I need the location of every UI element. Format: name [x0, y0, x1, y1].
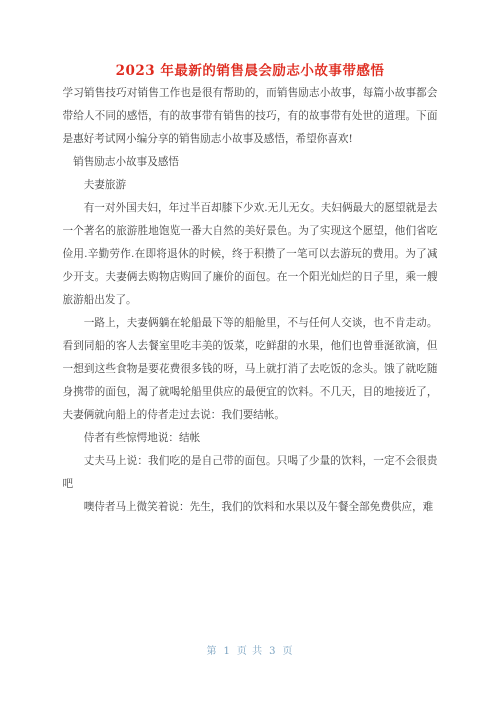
footer-label-ye: 页 [282, 646, 293, 657]
story-paragraph: 一路上，夫妻俩躺在轮船最下等的船舱里，不与任何人交谈，也不肯走动。看到同船的客人… [63, 312, 438, 427]
story-paragraph: 有一对外国夫妇，年过半百却膝下少欢.无儿无女。夫妇俩最大的愿望就是去一个著名的旅… [63, 197, 438, 312]
footer-label-ye-gong: 页 共 [237, 646, 263, 657]
dialog-husband-line: 丈夫马上说：我们吃的是自己带的面包。只喝了少量的饮料，一定不会很贵吧 [63, 450, 438, 496]
document-body: 学习销售技巧对销售工作也是很有帮助的，而销售励志小故事，每篇小故事都会带给人不同… [63, 82, 438, 519]
section-heading: 销售励志小故事及感悟 [63, 151, 438, 174]
page-title: 2023 年最新的销售晨会励志小故事带感悟 [0, 0, 500, 82]
story-title: 夫妻旅游 [63, 174, 438, 197]
footer-total-pages: 3 [269, 646, 276, 657]
page-footer: 第1页 共3页 [0, 645, 500, 659]
dialog-waiter-reply-line: 噢侍者马上微笑着说：先生，我们的饮料和水果以及午餐全部免费供应，难 [63, 496, 438, 519]
document-page: 2023 年最新的销售晨会励志小故事带感悟 学习销售技巧对销售工作也是很有帮助的… [0, 0, 500, 707]
intro-paragraph: 学习销售技巧对销售工作也是很有帮助的，而销售励志小故事，每篇小故事都会带给人不同… [63, 82, 438, 151]
footer-label-di: 第 [207, 646, 218, 657]
dialog-waiter-surprised-line: 侍者有些惊愕地说：结帐 [63, 427, 438, 450]
footer-current-page: 1 [224, 646, 231, 657]
